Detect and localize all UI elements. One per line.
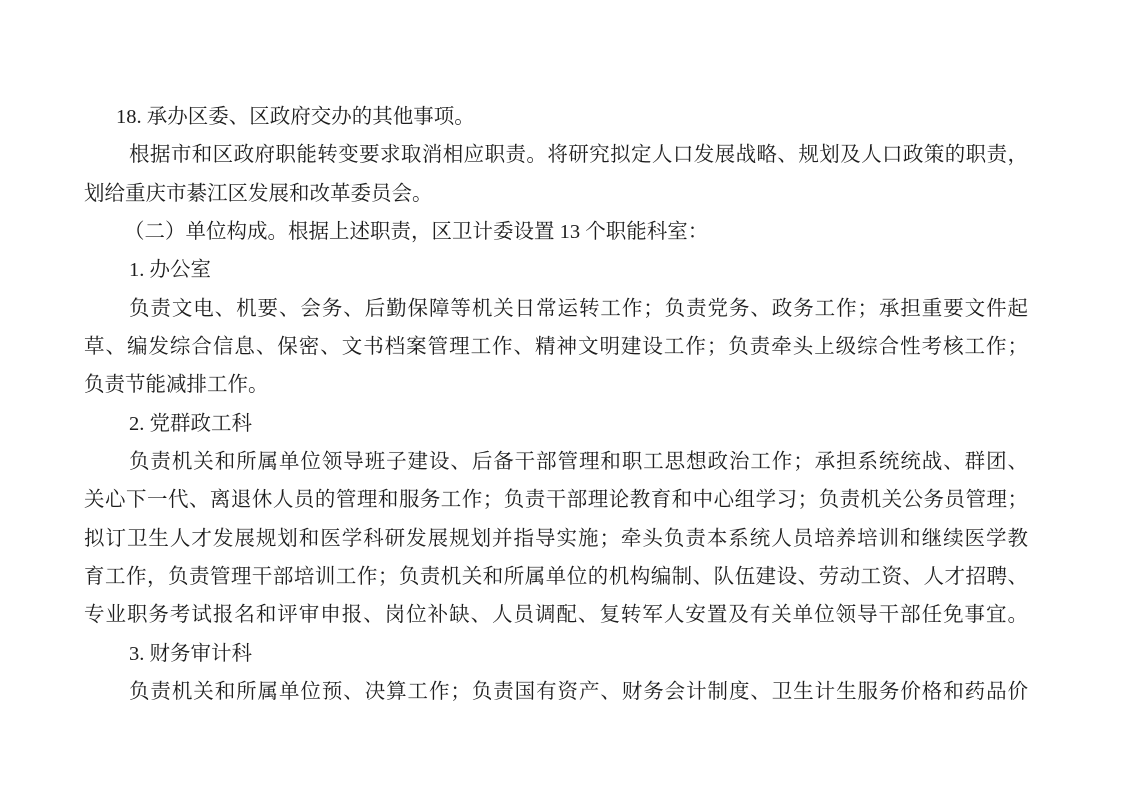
text-line: 1. 办公室 [84,251,1028,289]
text-line: 根据市和区政府职能转变要求取消相应职责。将研究拟定人口发展战略、规划及人口政策的… [84,136,1028,174]
text-line: 负责机关和所属单位预、决算工作；负责国有资产、财务会计制度、卫生计生服务价格和药… [84,673,1028,711]
text-line: 负责机关和所属单位领导班子建设、后备干部管理和职工思想政治工作；承担系统统战、群… [84,443,1028,481]
text-line: 关心下一代、离退休人员的管理和服务工作；负责干部理论教育和中心组学习；负责机关公… [84,481,1028,519]
text-line: 负责文电、机要、会务、后勤保障等机关日常运转工作；负责党务、政务工作；承担重要文… [84,290,1028,328]
text-line: 18. 承办区委、区政府交办的其他事项。 [84,98,1028,136]
document-text-block: 18. 承办区委、区政府交办的其他事项。根据市和区政府职能转变要求取消相应职责。… [84,98,1028,711]
text-line: 拟订卫生人才发展规划和医学科研发展规划并指导实施；牵头负责本系统人员培养培训和继… [84,520,1028,558]
text-line: （二）单位构成。根据上述职责，区卫计委设置 13 个职能科室： [84,213,1028,251]
document-page: 18. 承办区委、区政府交办的其他事项。根据市和区政府职能转变要求取消相应职责。… [0,0,1122,793]
text-line: 3. 财务审计科 [84,635,1028,673]
text-line: 专业职务考试报名和评审申报、岗位补缺、人员调配、复转军人安置及有关单位领导干部任… [84,596,1028,634]
text-line: 负责节能减排工作。 [84,366,1028,404]
text-line: 2. 党群政工科 [84,405,1028,443]
text-line: 育工作，负责管理干部培训工作；负责机关和所属单位的机构编制、队伍建设、劳动工资、… [84,558,1028,596]
text-line: 划给重庆市綦江区发展和改革委员会。 [84,175,1028,213]
text-line: 草、编发综合信息、保密、文书档案管理工作、精神文明建设工作；负责牵头上级综合性考… [84,328,1028,366]
